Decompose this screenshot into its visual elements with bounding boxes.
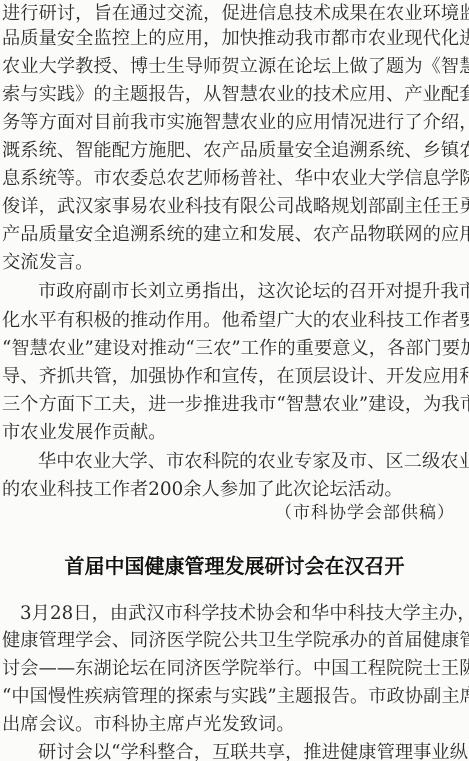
text-line: 溉系统、智能配方施肥、农产品质量安全追溯系统、乡镇农技物资信 [0, 140, 469, 162]
text-line: 交流发言。 [0, 252, 469, 274]
text-line: 农业大学教授、博士生导师贺立源在论坛上做了题为《智慧农业的探 [0, 56, 469, 78]
text-line: 息系统等。市农委总农艺师杨普社、华中农业大学信息学院副教授高 [0, 168, 469, 190]
text-line: 俊详，武汉家事易农业科技有限公司战略规划部副主任王勇分别就农 [0, 196, 469, 218]
text-line: 市政府副市长刘立勇指出，这次论坛的召开对提升我市农业信息 [0, 281, 469, 303]
text-line: 进行研讨，旨在通过交流，促进信息技术成果在农业环境监控、农产 [0, 3, 469, 25]
text-line: 华中农业大学、市农科院的农业专家及市、区二级农业推广部门 [0, 451, 469, 473]
text-line: 讨会——东湖论坛在同济医学院举行。中国工程院院士王陇德作题为 [0, 658, 469, 680]
text-line: 出席会议。市科协主席卢光发致词。 [0, 714, 469, 736]
text-line: 产品质量安全追溯系统的建立和发展、农产品物联网的应用等进行了 [0, 224, 469, 246]
text-line: “中国慢性疾病管理的探索与实践”主题报告。市政协副主席石大鸿 [0, 686, 469, 708]
text-line: 三个方面下工夫，进一步推进我市“智慧农业”建设，为我市现代都 [0, 394, 469, 416]
document-page: 进行研讨，旨在通过交流，促进信息技术成果在农业环境监控、农产 品质量安全监控上的… [0, 0, 469, 761]
article-title: 首届中国健康管理发展研讨会在汉召开 [0, 552, 469, 580]
text-line: 务等方面对目前我市实施智慧农业的应用情况进行了介绍，如智能灌 [0, 112, 469, 134]
text-line: 3月28日，由武汉市科学技术协会和华中科技大学主办，武汉 [0, 603, 469, 625]
text-line: “智慧农业”建设对推动“三农”工作的重要意义，各部门要加强领 [0, 338, 469, 360]
text-line: 健康管理学会、同济医学院公共卫生学院承办的首届健康管理发展研 [0, 630, 469, 652]
text-line: 导、齐抓共管，加强协作和宣传，在顶层设计、开发应用和应用示范 [0, 366, 469, 388]
text-line: 研讨会以“学科整合，互联共享，推进健康管理事业纵深发展” [0, 742, 469, 761]
text-line: 的农业科技工作者200余人参加了此次论坛活动。 [0, 479, 469, 501]
text-line: 索与实践》的主题报告，从智慧农业的技术应用、产业配套和信息服 [0, 84, 469, 106]
text-line: 市农业发展作贡献。 [0, 422, 469, 444]
text-line: 品质量安全监控上的应用，加快推动我市都市农业现代化进程。华中 [0, 28, 469, 50]
source-credit: （市科协学会部供稿） [275, 502, 455, 524]
text-line: 化水平有积极的推动作用。他希望广大的农业科技工作者要充分认识 [0, 310, 469, 332]
